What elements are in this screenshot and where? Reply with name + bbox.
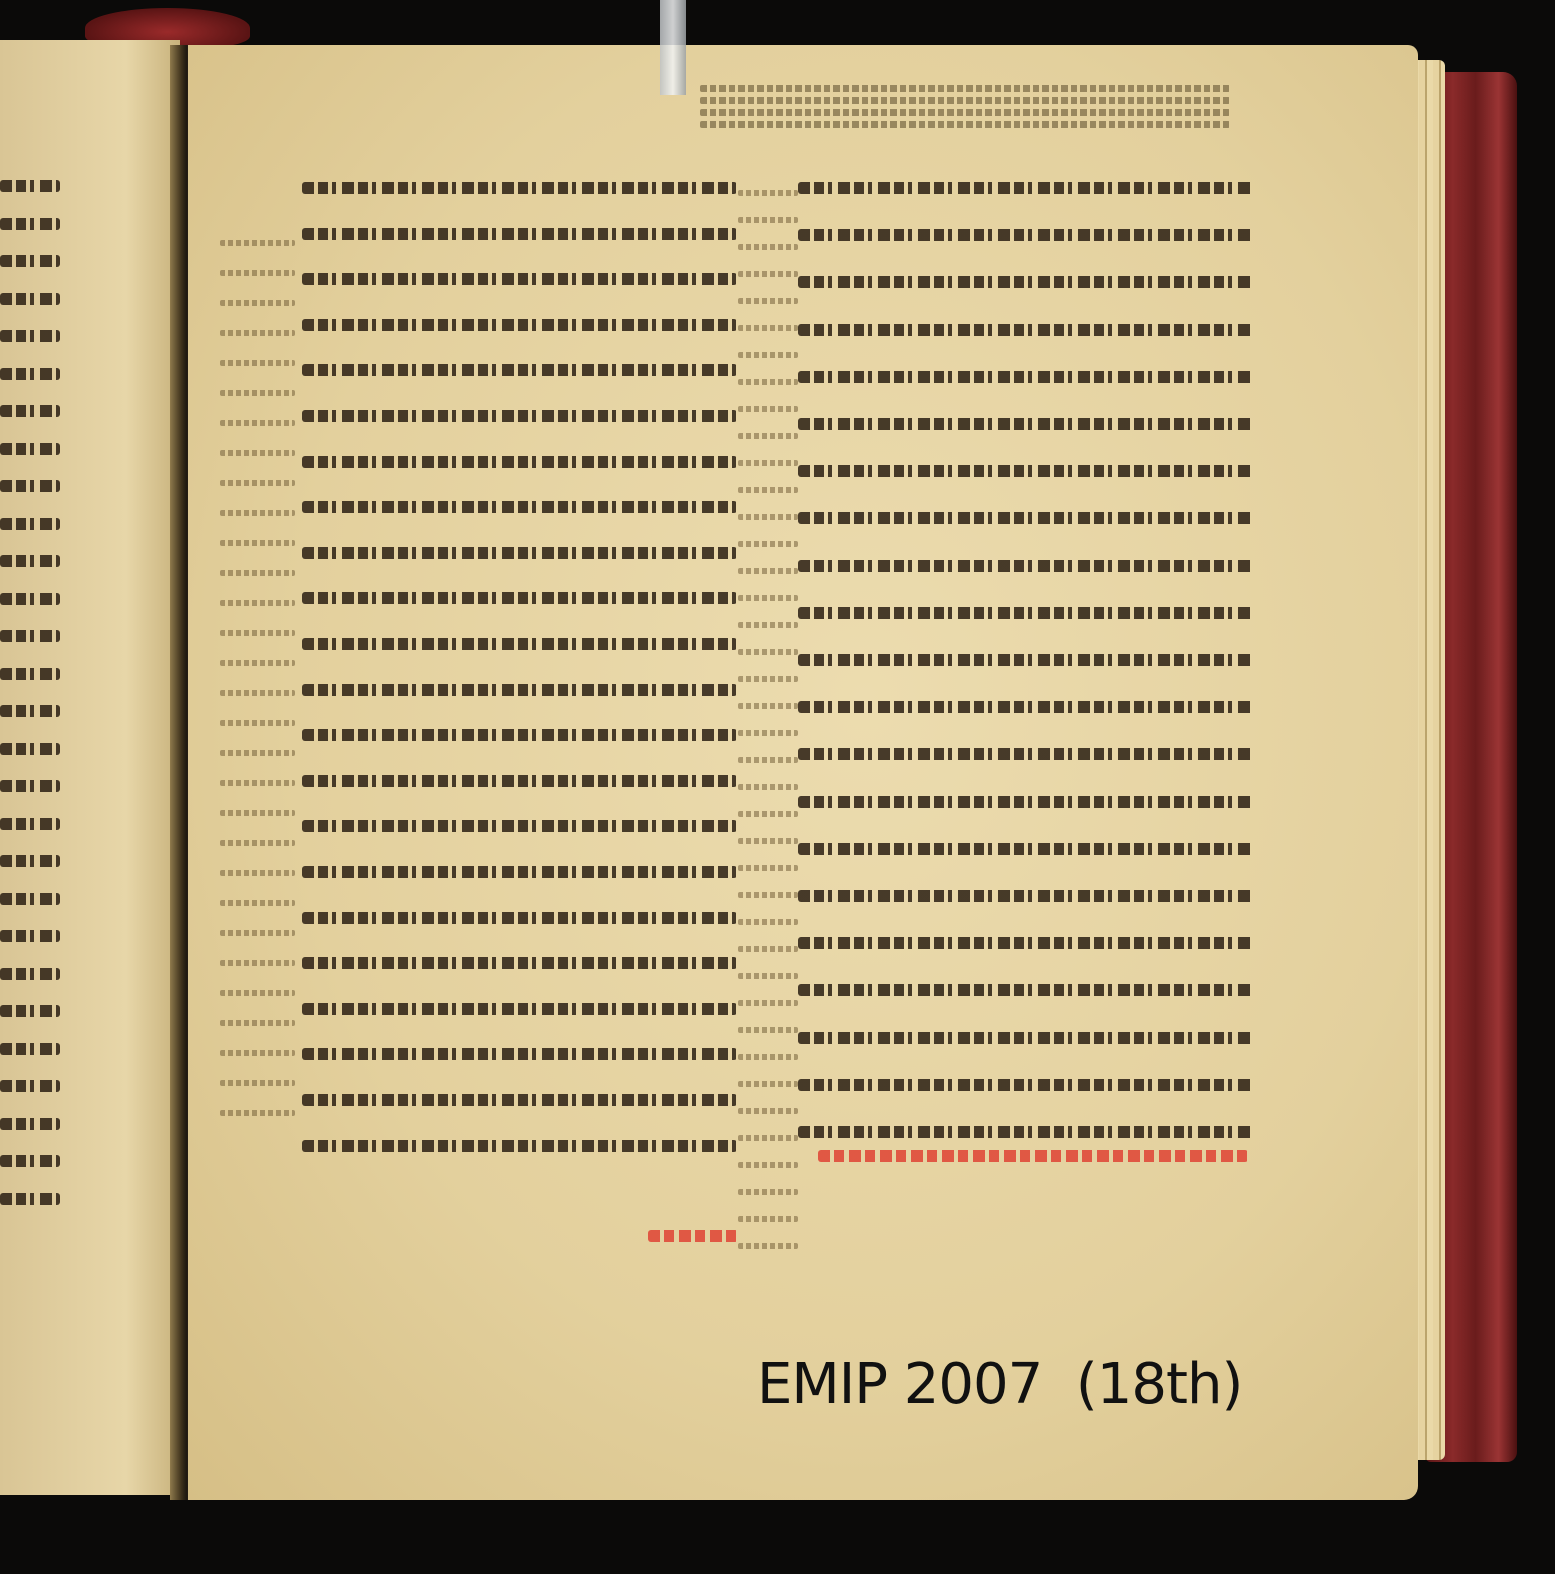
interlinear-note (738, 217, 798, 223)
left-page-line (0, 1118, 60, 1130)
interlinear-note (738, 487, 798, 493)
interlinear-note (738, 406, 798, 412)
left-margin-note (220, 660, 295, 666)
left-page-line (0, 855, 60, 867)
text-line (798, 560, 1253, 572)
left-page-line (0, 518, 60, 530)
left-page-line (0, 293, 60, 305)
interlinear-note (738, 1108, 798, 1114)
margin-note-line (700, 97, 1230, 104)
interlinear-note (738, 433, 798, 439)
text-line (302, 456, 737, 468)
left-page-line (0, 968, 60, 980)
text-line (302, 182, 737, 194)
left-margin-note (220, 420, 295, 426)
left-margin-note (220, 870, 295, 876)
text-line (798, 418, 1253, 430)
text-line (302, 547, 737, 559)
margin-note-line (700, 121, 1230, 128)
interlinear-note (738, 865, 798, 871)
text-line (302, 501, 737, 513)
interlinear-note (738, 514, 798, 520)
interlinear-note (738, 1135, 798, 1141)
text-line (302, 820, 737, 832)
left-page-line (0, 1043, 60, 1055)
text-line (302, 410, 737, 422)
left-margin-note (220, 240, 295, 246)
left-margin-note (220, 540, 295, 546)
left-page-line (0, 593, 60, 605)
left-margin-note (220, 930, 295, 936)
interlinear-note (738, 352, 798, 358)
left-margin-note (220, 600, 295, 606)
left-page-line (0, 480, 60, 492)
left-page-line (0, 555, 60, 567)
interlinear-note (738, 649, 798, 655)
left-margin-note (220, 690, 295, 696)
interlinear-note (738, 838, 798, 844)
left-margin-note (220, 330, 295, 336)
text-line (798, 1032, 1253, 1044)
text-line (302, 775, 737, 787)
text-line (798, 1126, 1253, 1138)
left-margin-note (220, 810, 295, 816)
interlinear-note (738, 1081, 798, 1087)
left-margin-note (220, 1080, 295, 1086)
text-line (798, 465, 1253, 477)
interlinear-note (738, 622, 798, 628)
interlinear-note (738, 1189, 798, 1195)
left-margin-note (220, 1050, 295, 1056)
text-line (798, 843, 1253, 855)
text-line (302, 1003, 737, 1015)
interlinear-note (738, 1216, 798, 1222)
interlinear-note (738, 811, 798, 817)
left-margin-note (220, 840, 295, 846)
left-page-line (0, 630, 60, 642)
interlinear-note (738, 730, 798, 736)
text-line (798, 371, 1253, 383)
text-line (302, 684, 737, 696)
text-line (302, 866, 737, 878)
left-margin-note (220, 510, 295, 516)
left-margin-note (220, 1110, 295, 1116)
left-page-line (0, 743, 60, 755)
left-page-line (0, 668, 60, 680)
text-line (798, 324, 1253, 336)
interlinear-note (738, 595, 798, 601)
left-page-line (0, 1005, 60, 1017)
margin-note-line (700, 109, 1230, 116)
rubric-line (818, 1150, 1248, 1162)
left-margin-note (220, 390, 295, 396)
text-line (798, 229, 1253, 241)
rubric-fragment (648, 1230, 738, 1242)
interlinear-note (738, 703, 798, 709)
margin-note-line (700, 85, 1230, 92)
text-line (302, 319, 737, 331)
left-page-line (0, 405, 60, 417)
interlinear-note (738, 919, 798, 925)
text-line (302, 1048, 737, 1060)
left-margin-note (220, 360, 295, 366)
page-clip (660, 0, 686, 95)
interlinear-note (738, 325, 798, 331)
text-line (798, 607, 1253, 619)
left-page-line (0, 330, 60, 342)
text-line (302, 273, 737, 285)
interlinear-note (738, 379, 798, 385)
text-line (798, 937, 1253, 949)
interlinear-note (738, 784, 798, 790)
left-page-line (0, 218, 60, 230)
caption-label: EMIP 2007 (18th) (757, 1352, 1242, 1417)
left-page-line (0, 893, 60, 905)
text-line (798, 748, 1253, 760)
left-page-line (0, 1080, 60, 1092)
interlinear-note (738, 244, 798, 250)
left-page-line (0, 368, 60, 380)
left-margin-note (220, 270, 295, 276)
text-line (798, 796, 1253, 808)
text-line (798, 701, 1253, 713)
left-margin-note (220, 750, 295, 756)
interlinear-note (738, 1054, 798, 1060)
interlinear-note (738, 298, 798, 304)
interlinear-note (738, 676, 798, 682)
text-line (302, 957, 737, 969)
left-margin-note (220, 300, 295, 306)
text-line (302, 912, 737, 924)
interlinear-note (738, 1027, 798, 1033)
text-line (302, 592, 737, 604)
left-margin-note (220, 900, 295, 906)
left-page-line (0, 1155, 60, 1167)
text-line (302, 729, 737, 741)
interlinear-note (738, 190, 798, 196)
interlinear-note (738, 973, 798, 979)
text-line (302, 1094, 737, 1106)
left-margin-note (220, 780, 295, 786)
text-line (798, 654, 1253, 666)
left-page-line (0, 705, 60, 717)
text-line (302, 228, 737, 240)
left-page-line (0, 1193, 60, 1205)
text-line (798, 890, 1253, 902)
left-page-line (0, 930, 60, 942)
text-line (798, 276, 1253, 288)
text-line (302, 1140, 737, 1152)
text-line (302, 638, 737, 650)
interlinear-note (738, 568, 798, 574)
interlinear-note (738, 1000, 798, 1006)
interlinear-note (738, 1243, 798, 1249)
left-margin-note (220, 630, 295, 636)
left-page-line (0, 818, 60, 830)
left-margin-note (220, 570, 295, 576)
left-page-line (0, 780, 60, 792)
left-page-line (0, 255, 60, 267)
text-line (798, 1079, 1253, 1091)
left-margin-note (220, 480, 295, 486)
text-line (798, 182, 1253, 194)
interlinear-note (738, 460, 798, 466)
interlinear-note (738, 1162, 798, 1168)
text-line (798, 512, 1253, 524)
interlinear-note (738, 541, 798, 547)
interlinear-note (738, 271, 798, 277)
right-page (188, 45, 1418, 1500)
interlinear-note (738, 757, 798, 763)
text-line (798, 984, 1253, 996)
left-margin-note (220, 1020, 295, 1026)
left-page-line (0, 443, 60, 455)
left-margin-note (220, 960, 295, 966)
left-page-line (0, 180, 60, 192)
left-margin-note (220, 720, 295, 726)
interlinear-note (738, 892, 798, 898)
left-margin-note (220, 990, 295, 996)
left-margin-note (220, 450, 295, 456)
text-line (302, 364, 737, 376)
interlinear-note (738, 946, 798, 952)
